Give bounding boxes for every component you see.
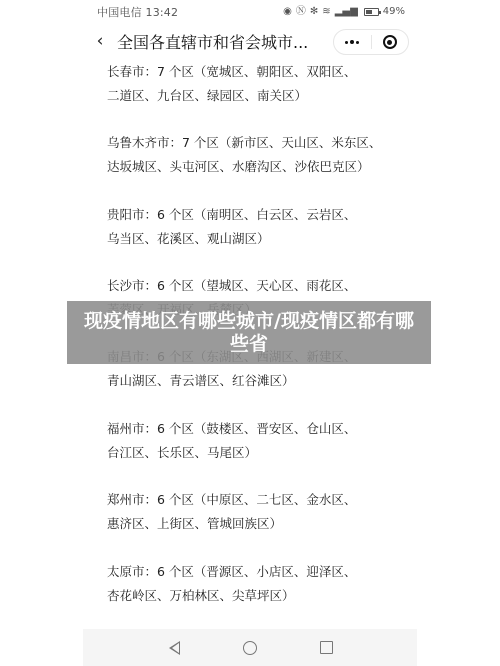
system-nav-bar [83,629,417,666]
city-entry: 乌鲁木齐市：7 个区（新市区、天山区、米东区、 达坂城区、头屯河区、水磨沟区、沙… [107,131,381,179]
city-line: 太原市：6 个区（晋源区、小店区、迎泽区、 [107,560,356,584]
city-entry: 贵阳市：6 个区（南明区、白云区、云岩区、 乌当区、花溪区、观山湖区） [107,203,356,251]
title-overlay-banner: 现疫情地区有哪些城市/现疫情区都有哪些省 [67,301,431,364]
city-line: 杏花岭区、万柏林区、尖草坪区） [107,584,356,608]
city-line: 青山湖区、青云谱区、红谷滩区） [107,369,356,393]
eye-icon: ◉ [283,7,292,17]
system-back-button[interactable] [164,638,184,658]
home-circle-icon [243,641,257,655]
battery-percent: 49% [383,7,405,17]
city-line: 达坂城区、头屯河区、水磨沟区、沙依巴克区） [107,155,381,179]
status-icons: ◉ Ⓝ ✻ ≋ ▂▄▆ 49% [283,7,405,17]
city-entry: 长春市：7 个区（宽城区、朝阳区、双阳区、 二道区、九台区、绿园区、南关区） [107,60,356,108]
city-line: 长沙市：6 个区（望城区、天心区、雨花区、 [107,274,356,298]
chevron-left-icon: ‹ [97,31,104,51]
signal-icon: ▂▄▆ [335,7,358,17]
bluetooth-icon: ✻ [310,7,318,17]
wifi-icon: ≋ [322,7,330,17]
more-dot-icon [345,41,348,44]
page-title: 全国各直辖市和省会城市... [117,30,308,53]
city-entry: 福州市：6 个区（鼓楼区、晋安区、仓山区、 台江区、长乐区、马尾区） [107,417,356,465]
miniprogram-capsule [333,29,409,55]
city-line: 惠济区、上街区、管城回族区） [107,512,356,536]
close-miniprogram-button[interactable] [372,30,409,54]
system-home-button[interactable] [240,638,260,658]
city-line: 长春市：7 个区（宽城区、朝阳区、双阳区、 [107,60,356,84]
battery-icon [364,8,379,16]
nfc-icon: Ⓝ [296,7,306,17]
nav-bar: ‹ 全国各直辖市和省会城市... [83,26,417,56]
city-line: 乌当区、花溪区、观山湖区） [107,227,356,251]
city-line: 二道区、九台区、绿园区、南关区） [107,84,356,108]
city-line: 贵阳市：6 个区（南明区、白云区、云岩区、 [107,203,356,227]
city-entry: 太原市：6 个区（晋源区、小店区、迎泽区、 杏花岭区、万柏林区、尖草坪区） [107,560,356,608]
status-bar: 中国电信 13:42 ◉ Ⓝ ✻ ≋ ▂▄▆ 49% [83,0,417,24]
overlay-title: 现疫情地区有哪些城市/现疫情区都有哪些省 [67,310,431,356]
city-line: 台江区、长乐区、马尾区） [107,441,356,465]
back-triangle-icon [169,641,180,655]
city-entry: 郑州市：6 个区（中原区、二七区、金水区、 惠济区、上街区、管城回族区） [107,488,356,536]
carrier-time: 中国电信 13:42 [97,4,178,20]
back-button[interactable]: ‹ [87,26,113,56]
recents-square-icon [320,641,333,654]
system-recents-button[interactable] [316,638,336,658]
more-dot-icon [350,40,354,44]
more-dot-icon [356,41,359,44]
city-line: 郑州市：6 个区（中原区、二七区、金水区、 [107,488,356,512]
target-icon [383,35,397,49]
city-line: 福州市：6 个区（鼓楼区、晋安区、仓山区、 [107,417,356,441]
city-line: 乌鲁木齐市：7 个区（新市区、天山区、米东区、 [107,131,381,155]
more-button[interactable] [334,30,371,54]
